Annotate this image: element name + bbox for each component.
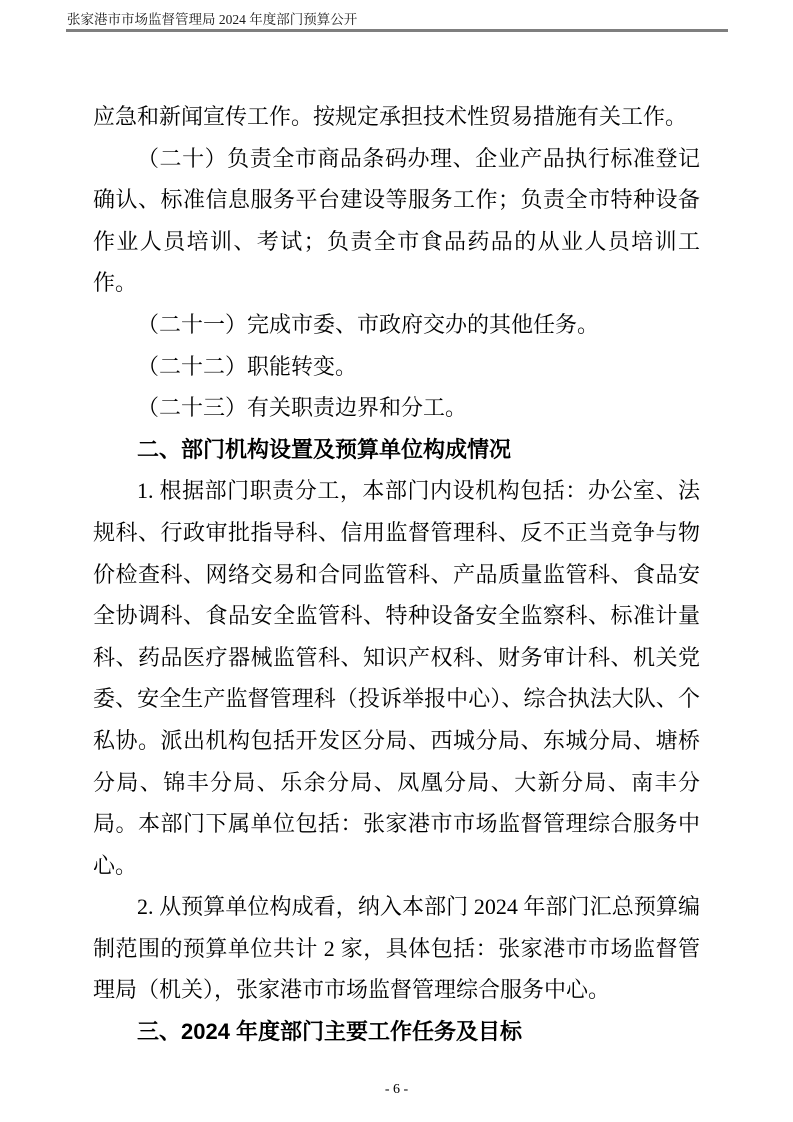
document-body: 应急和新闻宣传工作。按规定承担技术性贸易措施有关工作。 （二十）负责全市商品条码… [93,96,700,1053]
header-divider [66,29,728,32]
paragraph-item-21: （二十一）完成市委、市政府交办的其他任务。 [93,304,700,346]
page-footer: - 6 - [0,1080,793,1100]
paragraph-continued: 应急和新闻宣传工作。按规定承担技术性贸易措施有关工作。 [93,96,700,138]
paragraph-item-22: （二十二）职能转变。 [93,346,700,388]
paragraph-budget-units: 2. 从预算单位构成看，纳入本部门 2024 年部门汇总预算编制范围的预算单位共… [93,886,700,1011]
paragraph-internal-structure: 1. 根据部门职责分工，本部门内设机构包括：办公室、法规科、行政审批指导科、信用… [93,470,700,886]
page-header: 张家港市市场监督管理局 2024 年度部门预算公开 [0,0,793,40]
paragraph-item-20: （二十）负责全市商品条码办理、企业产品执行标准登记确认、标准信息服务平台建设等服… [93,138,700,304]
page-number: - 6 - [385,1080,408,1100]
header-title: 张家港市市场监督管理局 2024 年度部门预算公开 [67,12,357,28]
section-heading-3: 三、2024 年度部门主要工作任务及目标 [93,1011,700,1053]
paragraph-item-23: （二十三）有关职责边界和分工。 [93,387,700,429]
section-heading-2: 二、部门机构设置及预算单位构成情况 [93,429,700,471]
document-page: 张家港市市场监督管理局 2024 年度部门预算公开 应急和新闻宣传工作。按规定承… [0,0,793,1122]
